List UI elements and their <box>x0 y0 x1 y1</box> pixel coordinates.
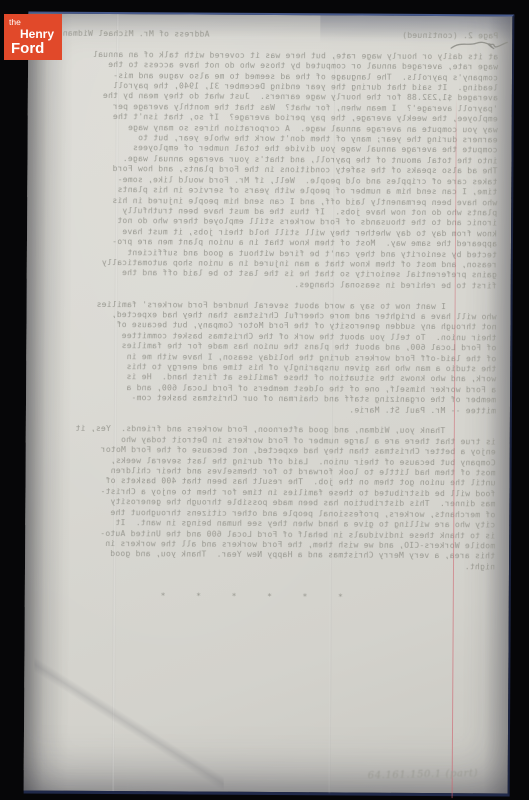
scan-viewport: Page 2. (continued) Address of Mr. Micha… <box>0 0 529 800</box>
logo-the-label: the <box>9 18 58 27</box>
accession-number-handwritten: 64.161.150.1 (part) <box>368 768 508 782</box>
typed-text-bleedthrough: Page 2. (continued) Address of Mr. Micha… <box>58 29 498 672</box>
logo-ford-label: Ford <box>11 41 58 56</box>
logo-henry-label: Henry <box>20 28 58 40</box>
pencil-scribble-icon <box>448 27 510 57</box>
henry-ford-logo: the Henry Ford <box>4 14 62 60</box>
diagonal-crease-bottom-left <box>34 654 225 795</box>
document-page: Page 2. (continued) Address of Mr. Micha… <box>24 12 515 797</box>
typed-lines: Page 2. (continued) Address of Mr. Micha… <box>59 29 498 604</box>
